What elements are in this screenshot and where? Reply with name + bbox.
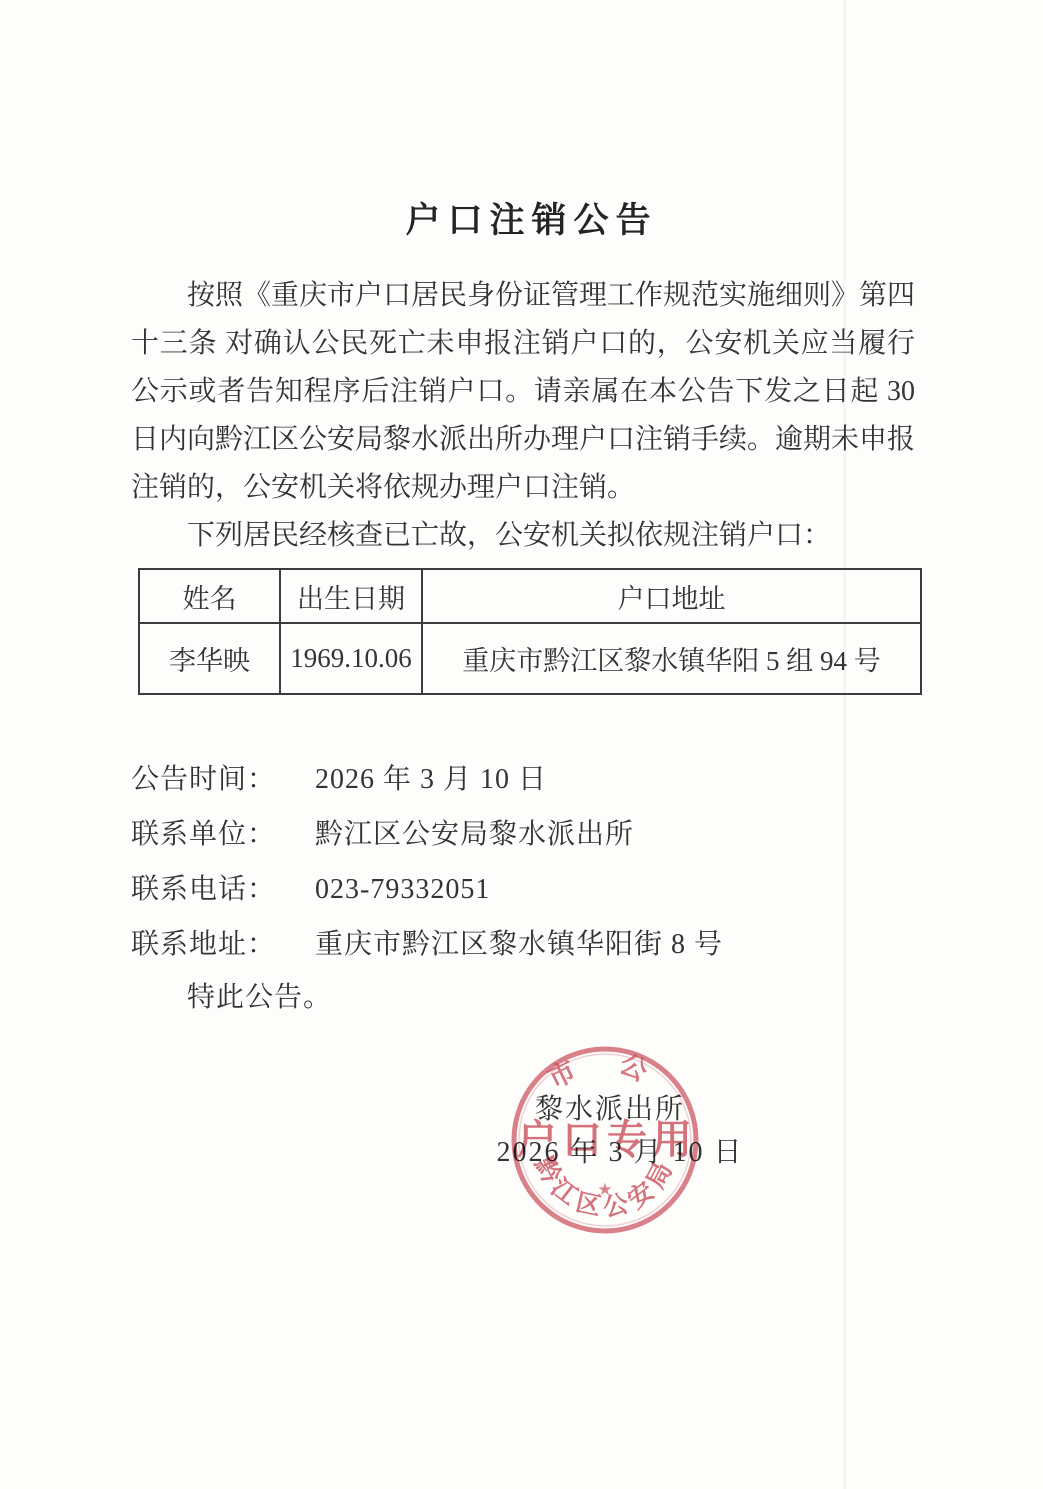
svg-text:市 公: 市 公 xyxy=(543,1048,666,1094)
header-birthdate: 出生日期 xyxy=(280,569,422,623)
cell-address: 重庆市黔江区黎水镇华阳 5 组 94 号 xyxy=(422,623,921,694)
contact-info-block: 公告时间： 2026 年 3 月 10 日 联系单位： 黔江区公安局黎水派出所 … xyxy=(131,752,915,972)
meta-row-contact-phone: 联系电话： 023-79332051 xyxy=(131,862,915,917)
notice-body: 按照《重庆市户口居民身份证管理工作规范实施细则》第四 十三条 对确认公民死亡未申… xyxy=(131,272,915,560)
seal-icon: 市 公 户口专用 ★ 黔江区公安局 xyxy=(490,1025,720,1255)
closing-statement: 特此公告。 xyxy=(187,978,332,1018)
document-title: 户口注销公告 xyxy=(20,193,1043,243)
cell-birthdate: 1969.10.06 xyxy=(280,623,422,694)
table-header-row: 姓名 出生日期 户口地址 xyxy=(139,569,921,623)
meta-label: 联系单位： xyxy=(131,807,315,862)
header-address: 户口地址 xyxy=(422,569,921,623)
meta-label: 联系电话： xyxy=(131,862,315,917)
meta-value: 重庆市黔江区黎水镇华阳街 8 号 xyxy=(315,917,723,972)
seal-top-arc-text: 市 公 xyxy=(543,1048,666,1094)
meta-label: 公告时间： xyxy=(131,752,315,807)
meta-row-announce-time: 公告时间： 2026 年 3 月 10 日 xyxy=(131,752,915,807)
meta-row-contact-unit: 联系单位： 黔江区公安局黎水派出所 xyxy=(131,807,915,862)
body-line: 下列居民经核查已亡故，公安机关拟依规注销户口： xyxy=(131,512,915,560)
meta-value: 黔江区公安局黎水派出所 xyxy=(315,807,634,862)
body-line: 日内向黔江区公安局黎水派出所办理户口注销手续。逾期未申报 xyxy=(131,416,915,464)
official-seal-stamp: 市 公 户口专用 ★ 黔江区公安局 xyxy=(490,1025,720,1255)
deceased-residents-table: 姓名 出生日期 户口地址 李华映 1969.10.06 重庆市黔江区黎水镇华阳 … xyxy=(138,568,922,695)
meta-value: 2026 年 3 月 10 日 xyxy=(315,752,547,807)
meta-row-contact-address: 联系地址： 重庆市黔江区黎水镇华阳街 8 号 xyxy=(131,917,915,972)
table-row: 李华映 1969.10.06 重庆市黔江区黎水镇华阳 5 组 94 号 xyxy=(139,623,921,694)
body-line: 注销的，公安机关将依规办理户口注销。 xyxy=(131,464,915,512)
body-line: 按照《重庆市户口居民身份证管理工作规范实施细则》第四 xyxy=(131,272,915,320)
notice-document-page: 户口注销公告 按照《重庆市户口居民身份证管理工作规范实施细则》第四 十三条 对确… xyxy=(0,0,1043,1489)
cell-name: 李华映 xyxy=(139,623,280,694)
header-name: 姓名 xyxy=(139,569,280,623)
meta-label: 联系地址： xyxy=(131,917,315,972)
body-line: 十三条 对确认公民死亡未申报注销户口的，公安机关应当履行 xyxy=(131,320,915,368)
body-line: 公示或者告知程序后注销户口。请亲属在本公告下发之日起 30 xyxy=(131,368,915,416)
seal-center-text: 户口专用 xyxy=(517,1117,697,1162)
meta-value: 023-79332051 xyxy=(315,862,490,917)
